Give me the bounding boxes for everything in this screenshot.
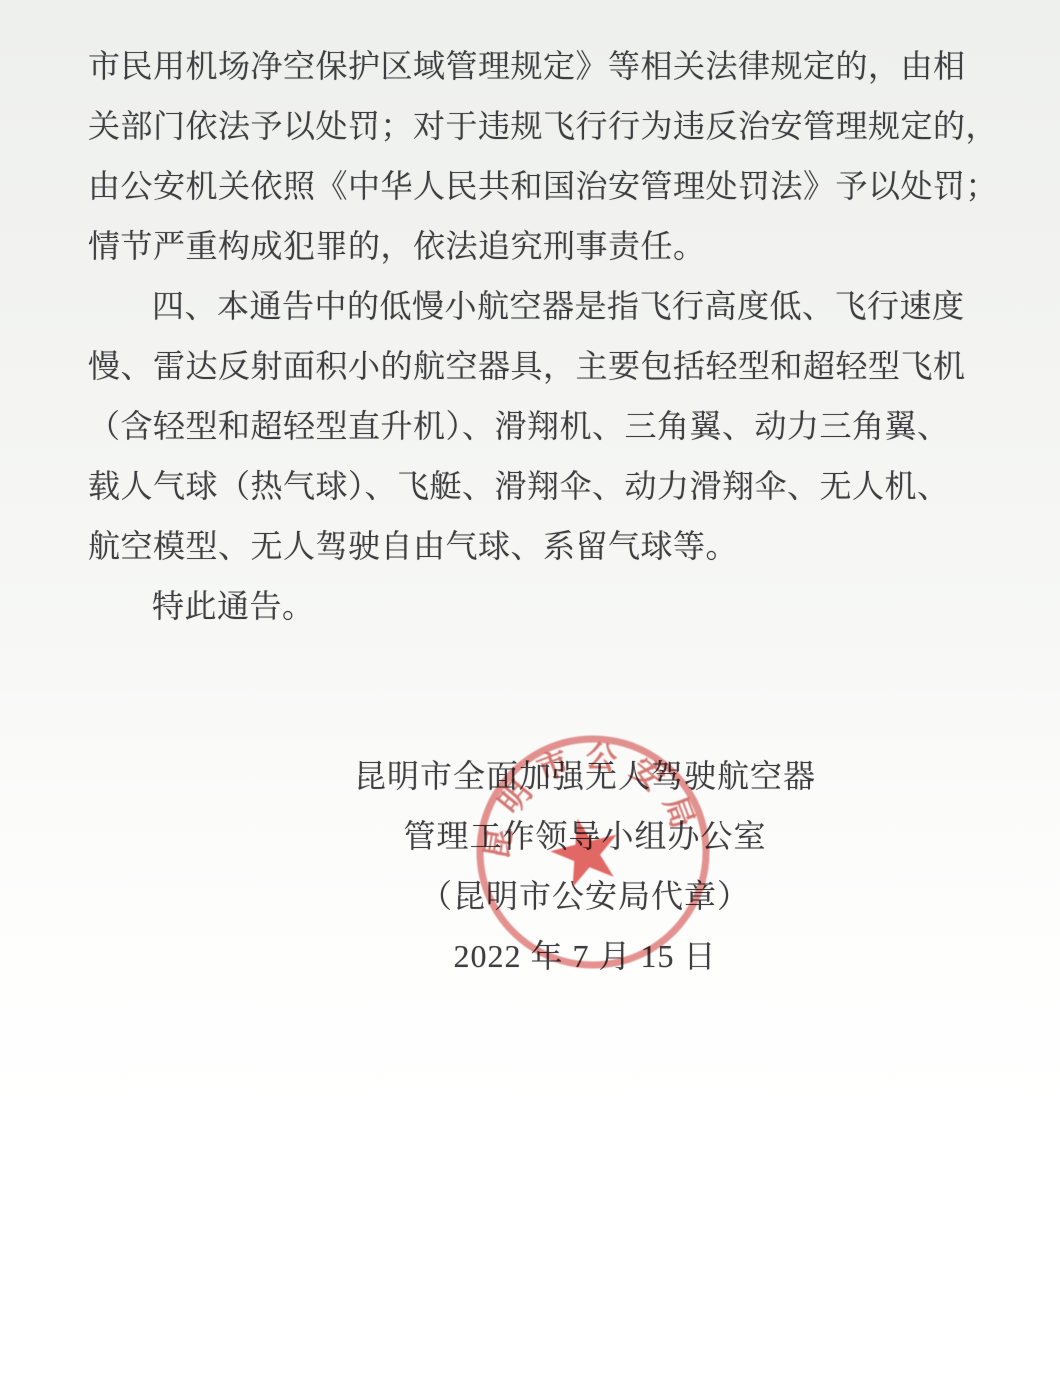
body-line: 航空模型、无人驾驶自由气球、系留气球等。 <box>88 516 972 576</box>
body-line: 慢、雷达反射面积小的航空器具，主要包括轻型和超轻型飞机 <box>88 336 972 396</box>
signature-date: 2022 年 7 月 15 日 <box>110 926 1060 986</box>
body-line: 由公安机关依照《中华人民共和国治安管理处罚法》予以处罚； <box>88 156 972 216</box>
signature-org-line1: 昆明市全面加强无人驾驶航空器 <box>110 746 1060 806</box>
signature-proxy-note: （昆明市公安局代章） <box>110 866 1060 926</box>
body-line: （含轻型和超轻型直升机）、滑翔机、三角翼、动力三角翼、 <box>88 396 972 456</box>
signature-org-line2: 管理工作领导小组办公室 <box>110 806 1060 866</box>
document-page: 市民用机场净空保护区域管理规定》等相关法律规定的，由相 关部门依法予以处罚；对于… <box>0 0 1060 1391</box>
body-line-closing: 特此通告。 <box>88 576 972 636</box>
body-line-item-four: 四、本通告中的低慢小航空器是指飞行高度低、飞行速度 <box>88 276 972 336</box>
body-line: 市民用机场净空保护区域管理规定》等相关法律规定的，由相 <box>88 36 972 96</box>
body-line: 载人气球（热气球）、飞艇、滑翔伞、动力滑翔伞、无人机、 <box>88 456 972 516</box>
body-line: 关部门依法予以处罚；对于违规飞行行为违反治安管理规定的， <box>88 96 972 156</box>
body-line: 情节严重构成犯罪的，依法追究刑事责任。 <box>88 216 972 276</box>
notice-body: 市民用机场净空保护区域管理规定》等相关法律规定的，由相 关部门依法予以处罚；对于… <box>88 36 972 636</box>
signature-block: 昆明市全面加强无人驾驶航空器 管理工作领导小组办公室 （昆明市公安局代章） 20… <box>110 746 1060 986</box>
